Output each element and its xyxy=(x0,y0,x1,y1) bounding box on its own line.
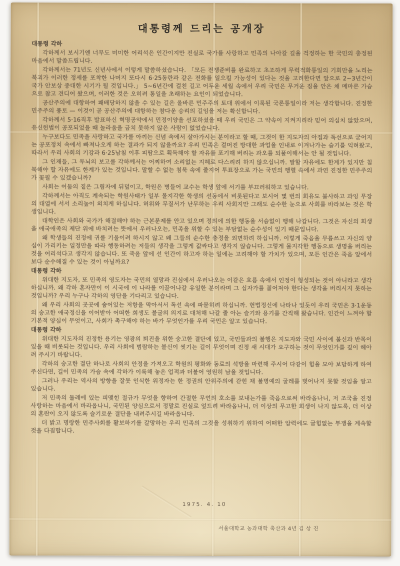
scanned-letter-image: 대통령께 드리는 공개장 대통령 각하각하께서 보시기엔 너무도 미미한 어리석… xyxy=(0,0,400,566)
letter-paragraph: 누구보다도 민족을 사랑하고 국가를 아끼는 신념 속에서 살아가시는 분이라고… xyxy=(31,135,372,159)
letter-paragraph: 각하께서 보시기엔 너무도 미미한 어리석은 인간이지만 진실로 국가를 사랑하… xyxy=(32,51,373,67)
letter-paragraph: 각하의 숭고한 결단 하나로 사회의 안정을 가져오고 학원의 평화와 동료의 … xyxy=(31,362,372,378)
letter-paragraph: 위대한 지도자의 진정한 용기는 영광의 퇴진을 위한 숭고한 결단에 있고, … xyxy=(31,337,372,361)
letter-paragraph: 각하께서 5·16직후 발표하신 혁명공약에서 민정이양을 선포하셨을 때 우리… xyxy=(31,118,372,134)
letter-paragraph: 각하께서는 아직도 계속되는 학원사태가 일부 몰지각한 학생의 선동에서 비롯… xyxy=(31,194,372,218)
letter-paragraph: 저 민족의 둘레에 있는 피맺힌 절규가 무엇을 향하여 간절한 무언의 호소를… xyxy=(31,396,372,420)
letter-paper: 대통령께 드리는 공개장 대통령 각하각하께서 보시기엔 너무도 미미한 어리석… xyxy=(9,3,392,557)
letter-salutation: 대통령 각하 xyxy=(32,42,373,51)
letter-paragraph: 사회는 어둠의 짙은 그림자에 뒤덮이고, 학원은 병들어 교수는 학생 앞에 … xyxy=(31,185,372,194)
letter-body: 대통령 각하각하께서 보시기엔 너무도 미미한 어리석은 인간이지만 진실로 국… xyxy=(31,41,373,439)
letter-paragraph: 위대한 지도자, 또 민족의 영도자는 국민의 열망과 진심에서 우러나오는 이… xyxy=(31,278,372,302)
letter-paragraph: 더 밝고 명랑한 민주사회를 활보하기를 갈망하는 우리 민족의 그것을 성취하… xyxy=(31,421,372,437)
letter-salutation: 대통령 각하 xyxy=(31,269,372,278)
letter-signature: 서울대학교 농과대학 축산과 4년 김 상 진 xyxy=(218,525,318,532)
letter-salutation: 대통령 각하 xyxy=(31,328,372,337)
letter-title: 대통령께 드리는 공개장 xyxy=(11,20,393,36)
letter-paragraph: 왜 학생들의 진정에 귀를 기울이려 하시지 않고 왜 그들의 순수한 충정을 … xyxy=(31,236,372,268)
letter-paragraph: 공산주의에 대항하여 패배당하지 않을 수 있는 길은 올바른 민주주의 토대 … xyxy=(31,101,372,117)
letter-paragraph: 왜 우리 사회의 곳곳에 숨어있는 저항을 막아서서 독선 속에 파묻히려 하십… xyxy=(31,303,372,327)
letter-paragraph: 각하께서는 71년도 신년사에서 이렇게 말씀하셨습니다. 「모든 전쟁준비를 … xyxy=(31,68,372,100)
letter-paragraph: 그 인재들, 그 두뇌의 보고를 각하께서는 어찌하여 소리없는 지혜로 다스리… xyxy=(31,160,372,184)
fold-crease-horizontal-lower xyxy=(9,517,391,521)
letter-date: 1975. 4. 10 xyxy=(182,502,226,508)
letter-paragraph: 그러나 우리는 역사의 방향을 잘못 인식한 위정자는 한 정권의 안위주의에 … xyxy=(31,379,372,395)
letter-paragraph: 대학인은 사회와 국가가 해결해야 하는 근본문제를 안고 있으며 정의에 의한… xyxy=(31,219,372,235)
